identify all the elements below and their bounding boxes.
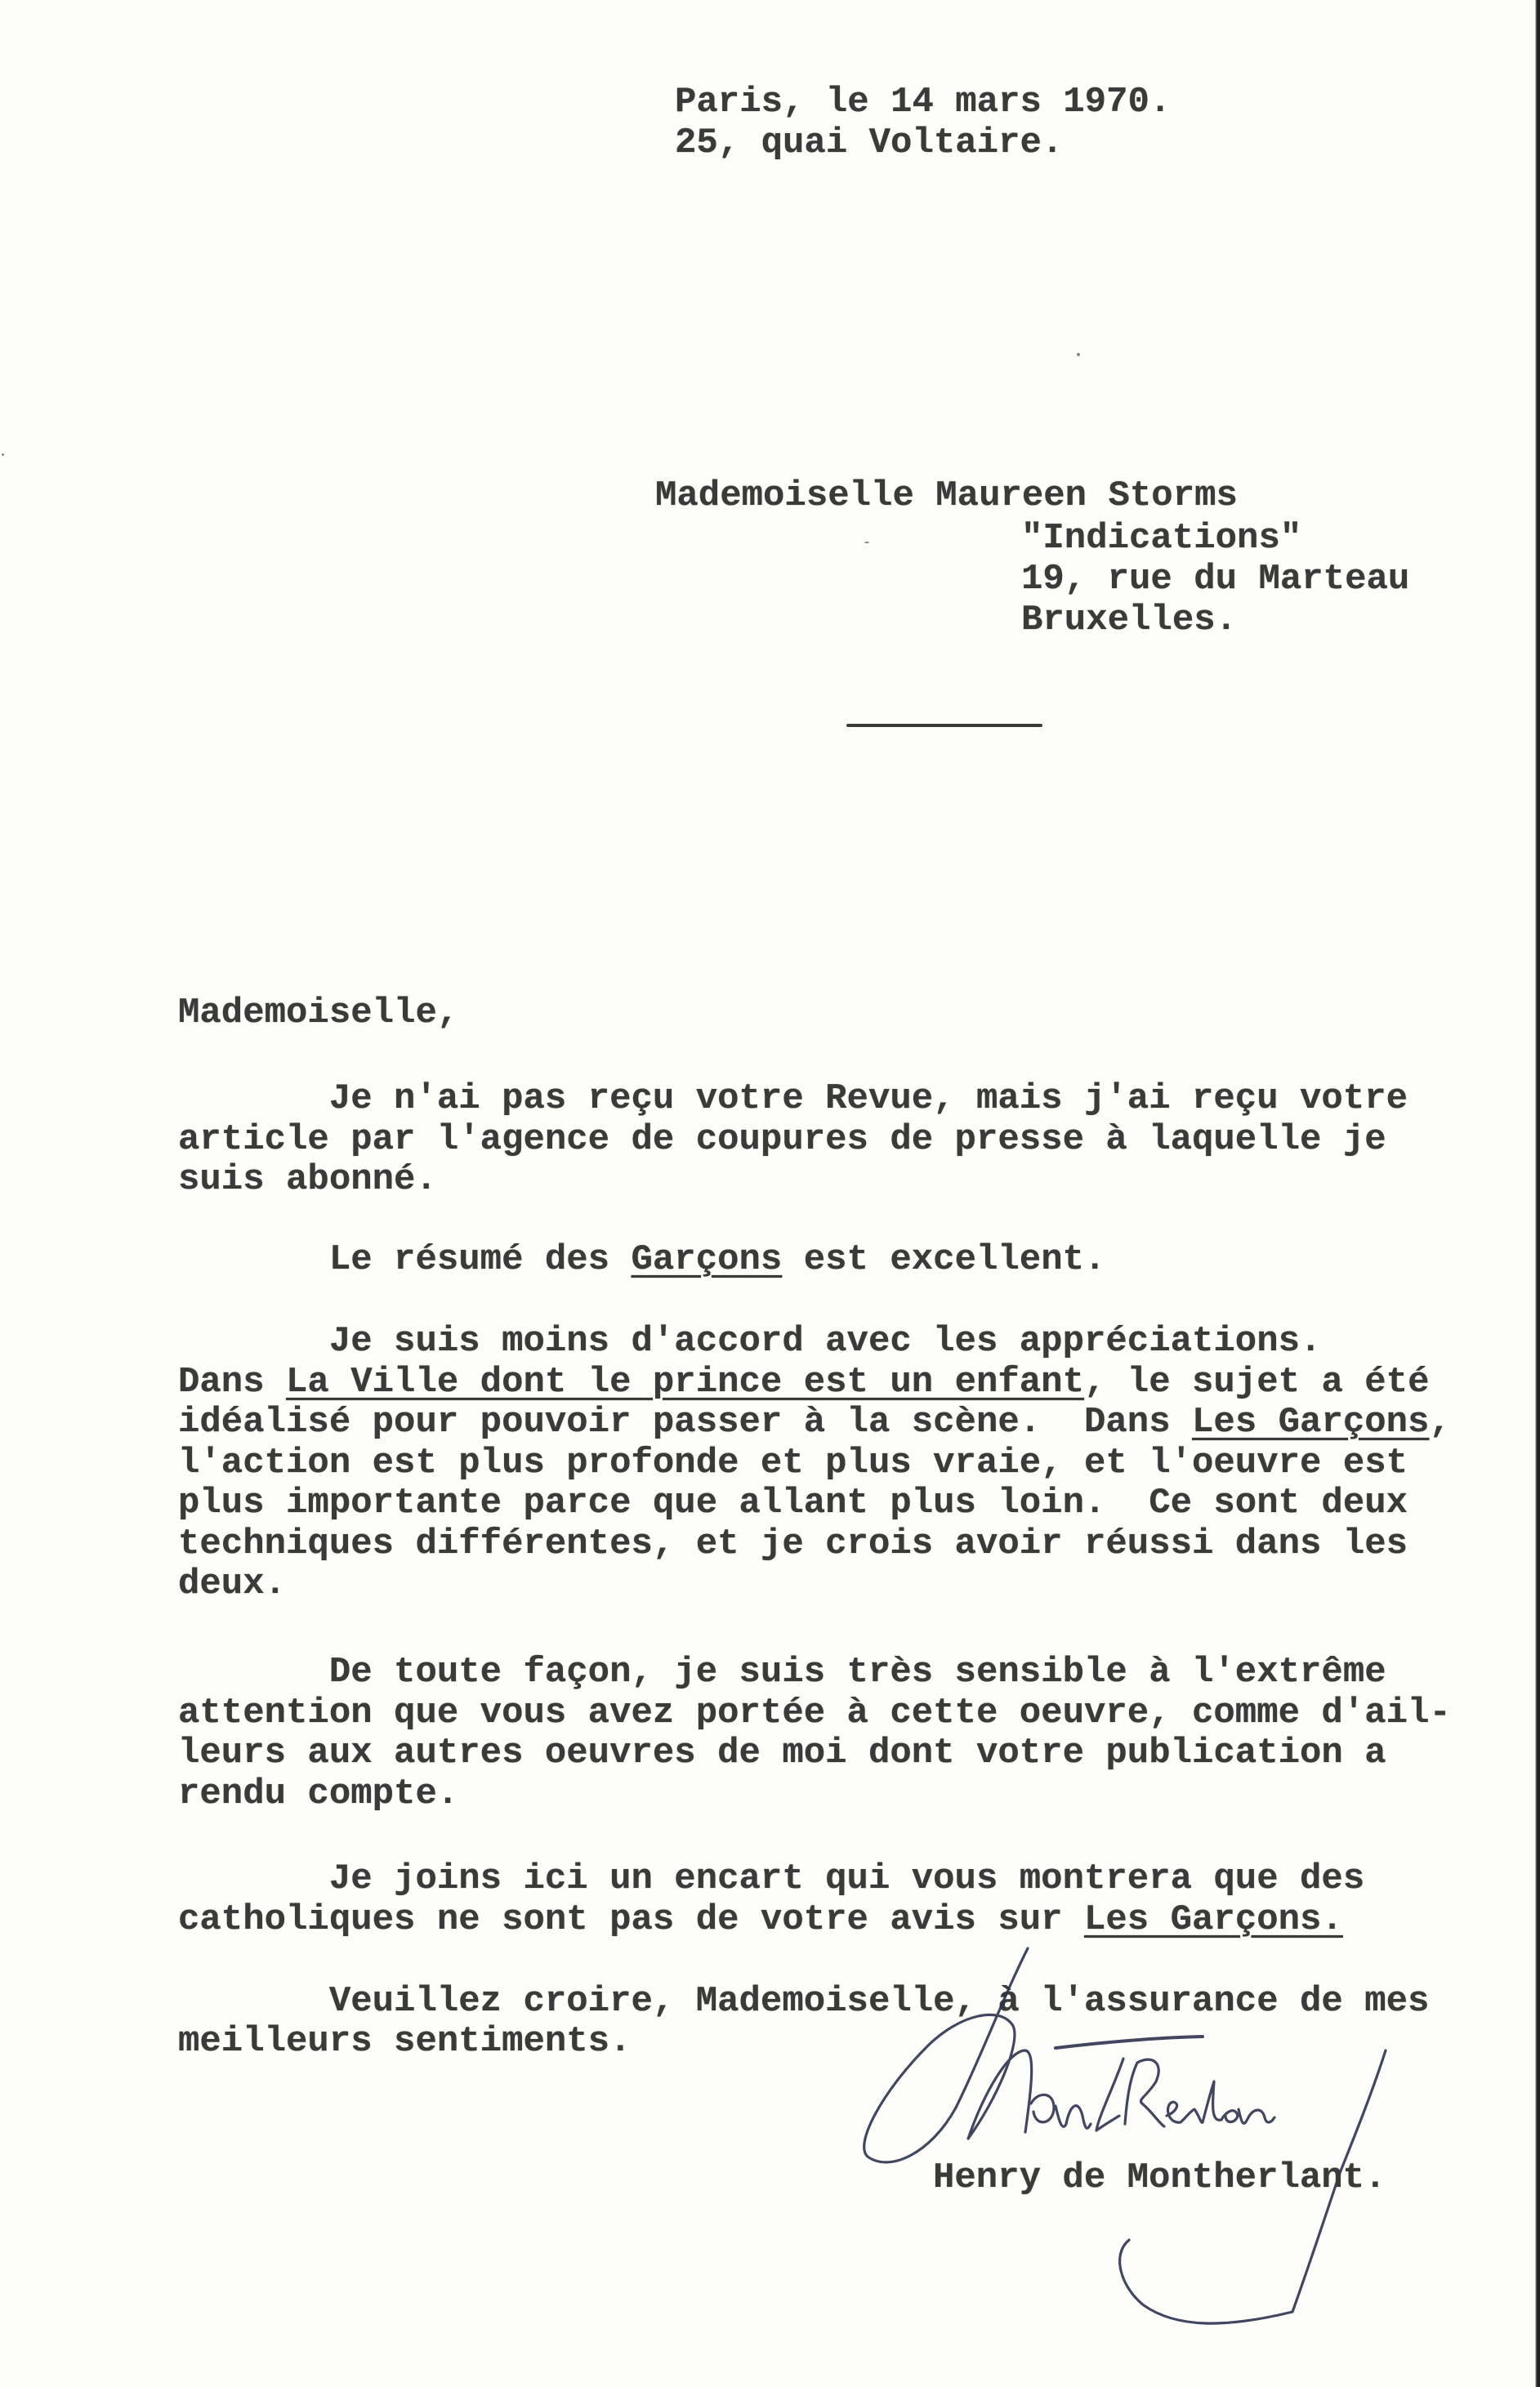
body-text: idéalisé pour pouvoir passer à la scène.… (178, 1402, 1192, 1443)
body-line: attention que vous avez portée à cette o… (178, 1693, 1451, 1733)
body-line: Dans La Ville dont le prince est un enfa… (178, 1362, 1429, 1403)
scan-speck (864, 542, 869, 543)
body-line: idéalisé pour pouvoir passer à la scène.… (178, 1402, 1451, 1443)
separator-rule (846, 724, 1042, 727)
body-line: catholiques ne sont pas de votre avis su… (178, 1899, 1343, 1940)
underlined-title: La Ville dont le prince est un enfant (286, 1362, 1084, 1403)
closing-line-1: Veuillez croire, Mademoiselle, à l'assur… (178, 1981, 1429, 2022)
body-text: , le sujet a été (1084, 1362, 1429, 1403)
scan-speck (1077, 353, 1080, 356)
body-line: deux. (178, 1564, 286, 1604)
body-line: rendu compte. (178, 1774, 458, 1814)
body-line: plus importante parce que allant plus lo… (178, 1483, 1408, 1524)
body-text: Dans (178, 1362, 286, 1403)
body-line: Je n'ai pas reçu votre Revue, mais j'ai … (178, 1078, 1408, 1119)
underlined-title: Garçons (632, 1239, 783, 1280)
scan-speck (2, 453, 4, 456)
body-text: , (1429, 1402, 1450, 1443)
recipient-city: Bruxelles. (1021, 600, 1237, 640)
body-text: Le résumé des (178, 1239, 632, 1280)
body-line: Je suis moins d'accord avec les apprécia… (178, 1321, 1321, 1362)
body-line: Je joins ici un encart qui vous montrera… (178, 1858, 1364, 1899)
underlined-title: Les Garçons (1192, 1402, 1429, 1443)
salutation: Mademoiselle, (178, 993, 458, 1033)
body-line: techniques différentes, et je crois avoi… (178, 1524, 1408, 1564)
underlined-title: Les Garçons. (1084, 1899, 1343, 1940)
body-line: l'action est plus profonde et plus vraie… (178, 1443, 1408, 1484)
header-date: Paris, le 14 mars 1970. (675, 82, 1171, 123)
body-text: est excellent. (782, 1239, 1105, 1280)
page-edge (1535, 0, 1540, 2387)
body-line: suis abonné. (178, 1159, 437, 1200)
recipient-publication: "Indications" (1021, 518, 1301, 559)
closing-line-2: meilleurs sentiments. (178, 2021, 632, 2062)
body-line: De toute façon, je suis très sensible à … (178, 1652, 1386, 1693)
body-line: article par l'agence de coupures de pres… (178, 1119, 1386, 1160)
typed-signature-name: Henry de Montherlant. (933, 2157, 1386, 2198)
recipient-street: 19, rue du Marteau (1021, 559, 1409, 600)
body-text: catholiques ne sont pas de votre avis su… (178, 1899, 1084, 1940)
header-address: 25, quai Voltaire. (675, 123, 1063, 163)
body-line: leurs aux autres oeuvres de moi dont vot… (178, 1733, 1386, 1774)
recipient-name: Mademoiselle Maureen Storms (655, 475, 1238, 516)
body-line: Le résumé des Garçons est excellent. (178, 1239, 1105, 1280)
